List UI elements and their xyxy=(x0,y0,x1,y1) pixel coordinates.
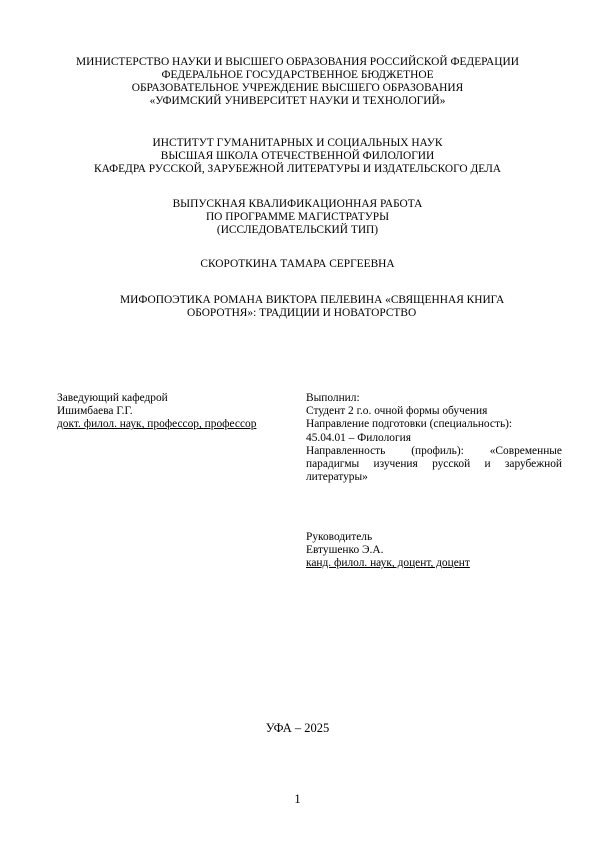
city-year: УФА – 2025 xyxy=(0,722,595,735)
profile-line-1: Направленность (профиль): «Современные xyxy=(306,445,562,458)
institution-line-2: ОБРАЗОВАТЕЛЬНОЕ УЧРЕЖДЕНИЕ ВЫСШЕГО ОБРАЗ… xyxy=(0,82,595,95)
work-type-line-2: ПО ПРОГРАММЕ МАГИСТРАТУРЫ xyxy=(0,211,595,224)
institution-line-1: ФЕДЕРАЛЬНОЕ ГОСУДАРСТВЕННОЕ БЮДЖЕТНОЕ xyxy=(0,69,595,82)
performer-block: Выполнил: Студент 2 г.о. очной формы обу… xyxy=(306,392,562,484)
student-info: Студент 2 г.о. очной формы обучения xyxy=(306,405,562,418)
head-name: Ишимбаева Г.Г. xyxy=(57,405,256,418)
ministry-line: МИНИСТЕРСТВО НАУКИ И ВЫСШЕГО ОБРАЗОВАНИЯ… xyxy=(0,56,595,69)
school-name: ВЫСШАЯ ШКОЛА ОТЕЧЕСТВЕННОЙ ФИЛОЛОГИИ xyxy=(0,150,595,163)
institute-name: ИНСТИТУТ ГУМАНИТАРНЫХ И СОЦИАЛЬНЫХ НАУК xyxy=(0,137,595,150)
head-of-department-block: Заведующий кафедрой Ишимбаева Г.Г. докт.… xyxy=(57,392,256,432)
thesis-title-line-2: ОБОРОТНЯ»: ТРАДИЦИИ И НОВАТОРСТВО xyxy=(187,307,416,320)
supervisor-name: Евтушенко Э.А. xyxy=(306,544,562,557)
thesis-title-line-1: МИФОПОЭТИКА РОМАНА ВИКТОРА ПЕЛЕВИНА «СВЯ… xyxy=(120,294,504,307)
profile-line-2: парадигмы изучения русской и зарубежной xyxy=(306,458,562,471)
department-name: КАФЕДРА РУССКОЙ, ЗАРУБЕЖНОЙ ЛИТЕРАТУРЫ И… xyxy=(0,163,595,176)
work-type-line-3: (ИССЛЕДОВАТЕЛЬСКИЙ ТИП) xyxy=(0,224,595,237)
head-degree: докт. филол. наук, профессор, профессор xyxy=(57,418,256,431)
profile-line-3: литературы» xyxy=(306,471,562,484)
direction-label: Направление подготовки (специальность): xyxy=(306,418,562,431)
performer-label: Выполнил: xyxy=(306,392,562,405)
supervisor-block: Руководитель Евтушенко Э.А. канд. филол.… xyxy=(306,531,562,571)
work-type-line-1: ВЫПУСКНАЯ КВАЛИФИКАЦИОННАЯ РАБОТА xyxy=(0,198,595,211)
supervisor-degree: канд. филол. наук, доцент, доцент xyxy=(306,557,562,570)
page-number: 1 xyxy=(0,793,595,806)
author-name: СКОРОТКИНА ТАМАРА СЕРГЕЕВНА xyxy=(0,258,595,271)
supervisor-label: Руководитель xyxy=(306,531,562,544)
university-name: «УФИМСКИЙ УНИВЕРСИТЕТ НАУКИ И ТЕХНОЛОГИЙ… xyxy=(0,95,595,108)
head-label: Заведующий кафедрой xyxy=(57,392,256,405)
direction-value: 45.04.01 – Филология xyxy=(306,432,562,445)
